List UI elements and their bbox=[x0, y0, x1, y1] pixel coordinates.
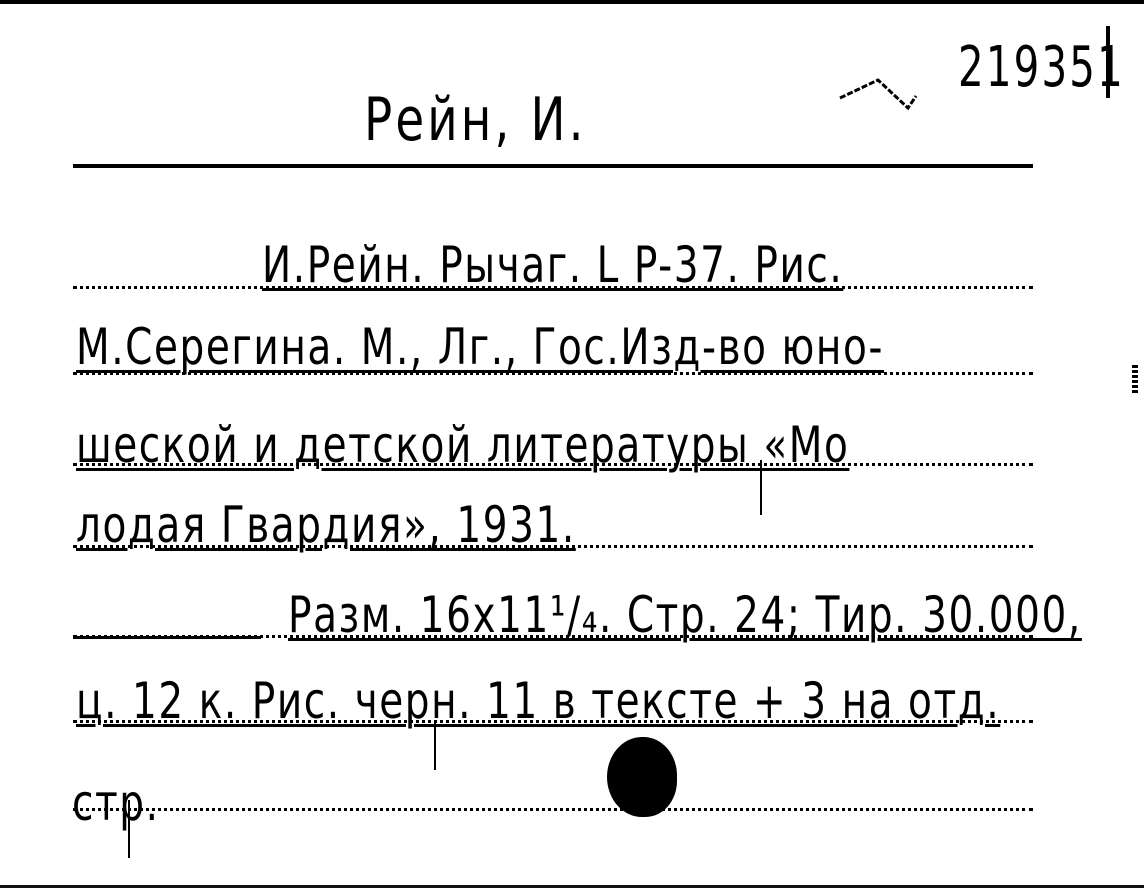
scan-edge-ticks bbox=[1132, 365, 1138, 395]
stroke-mark bbox=[434, 720, 436, 770]
card-heading: Рейн, И. bbox=[364, 90, 587, 150]
entry-line-7: стр. bbox=[72, 778, 160, 828]
heading-rule bbox=[73, 164, 1033, 168]
accession-number: 219351 bbox=[958, 40, 1125, 96]
ink-blot bbox=[607, 737, 677, 817]
ruled-line bbox=[73, 720, 1033, 723]
entry-line-2: М.Серегина. М., Лг., Гос.Изд-во юно- bbox=[76, 322, 884, 372]
stroke-mark bbox=[760, 460, 762, 515]
ruled-line bbox=[73, 545, 1033, 548]
ruled-line bbox=[73, 808, 1033, 811]
ruled-line bbox=[73, 463, 1033, 466]
entry-line-1: И.Рейн. Рычаг. L P-37. Рис. bbox=[262, 240, 843, 290]
ruled-line bbox=[73, 372, 1033, 375]
entry-line-4: лодая Гвардия», 1931. bbox=[76, 500, 576, 550]
ruled-line bbox=[73, 635, 1033, 638]
entry-line-6: ц. 12 к. Рис. черн. 11 в тексте + 3 на о… bbox=[76, 676, 1000, 726]
stroke-mark bbox=[128, 800, 130, 858]
catalog-card: 219351 Рейн, И. И.Рейн. Рычаг. L P-37. Р… bbox=[0, 0, 1144, 888]
scan-border-top bbox=[0, 0, 1144, 4]
entry-line-5: Разм. 16x11¹/₄. Стр. 24; Тир. 30.000, bbox=[288, 590, 1082, 640]
ruled-line bbox=[73, 286, 1033, 289]
checkmark-icon bbox=[838, 58, 928, 118]
